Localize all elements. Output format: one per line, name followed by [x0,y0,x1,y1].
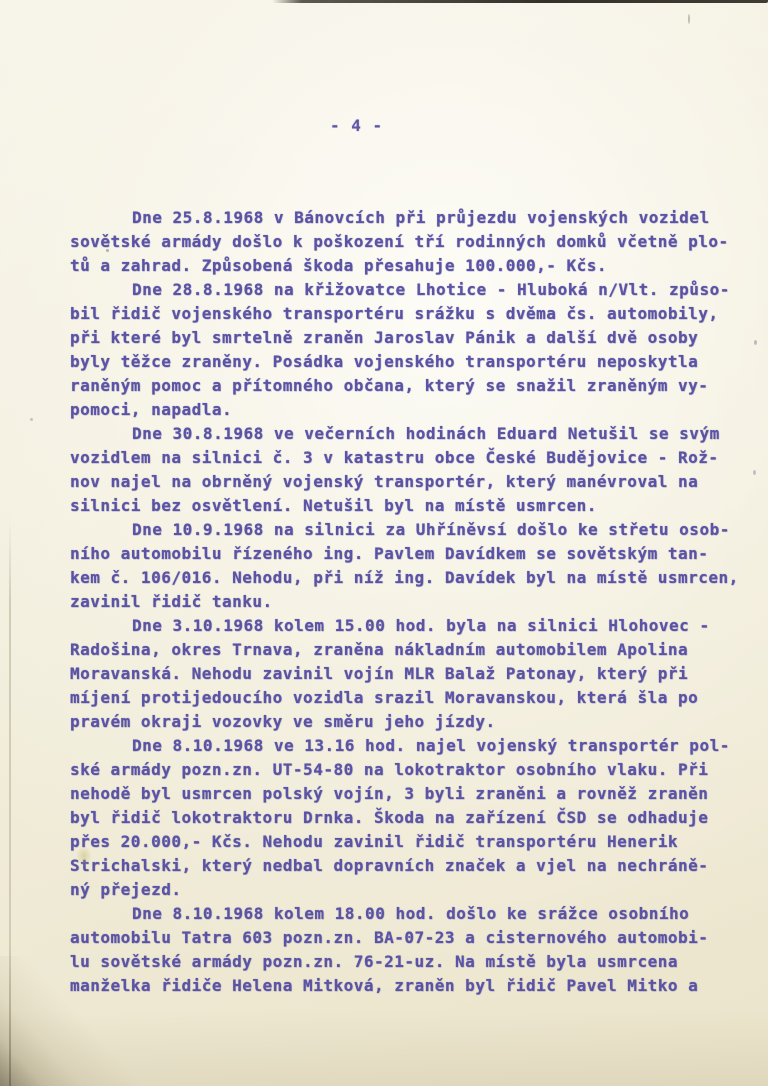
bottom-left-corner-shadow [0,956,160,1086]
text-line: kem č. 106/016. Nehodu, při níž ing. Dav… [70,566,760,590]
text-line: Dne 8.10.1968 ve 13.16 hod. najel vojens… [70,734,760,758]
text-line: Dne 28.8.1968 na křižovatce Lhotice - Hl… [70,278,760,302]
text-line: nehodě byl usmrcen polský vojín, 3 byli … [70,782,760,806]
text-line: přes 20.000,- Kčs. Nehodu zavinil řidič … [70,830,760,854]
text-line: Moravanská. Nehodu zavinil vojín MLR Bal… [70,662,760,686]
text-line: Strichalski, který nedbal dopravních zna… [70,854,760,878]
paper-speck [106,249,109,252]
text-line: ské armády pozn.zn. UT-54-80 na lokotrak… [70,758,760,782]
text-line: Dne 30.8.1968 ve večerních hodinách Edua… [70,422,760,446]
text-line: ný přejezd. [70,878,760,902]
paper-speck [754,340,757,345]
text-line: automobilu Tatra 603 pozn.zn. BA-07-23 a… [70,926,760,950]
document-page: - 4 - Dne 25.8.1968 v Bánovcích při průj… [0,0,768,1086]
scan-top-edge [272,0,768,3]
text-line: lu sovětské armády pozn.zn. 76-21-uz. Na… [70,950,760,974]
text-line: tů a zahrad. Způsobená škoda přesahuje 1… [70,254,760,278]
text-line: byl řidič lokotraktoru Drnka. Škoda na z… [70,806,760,830]
text-line: Dne 8.10.1968 kolem 18.00 hod. došlo ke … [70,902,760,926]
text-line: Dne 10.9.1968 na silnici za Uhříněvsí do… [70,518,760,542]
document-body: Dne 25.8.1968 v Bánovcích při průjezdu v… [70,206,760,998]
text-line: raněným pomoc a přítomného občana, který… [70,374,760,398]
text-line: Dne 25.8.1968 v Bánovcích při průjezdu v… [70,206,760,230]
paper-smudge [76,846,92,866]
text-line: nov najel na obrněný vojenský transporté… [70,470,760,494]
text-line: Radošina, okres Trnava, zraněna nákladní… [70,638,760,662]
text-line: ního automobilu řízeného ing. Pavlem Dav… [70,542,760,566]
text-line: zavinil řidič tanku. [70,590,760,614]
text-line: bil řidič vojenského transportéru srážku… [70,302,760,326]
text-line: pravém okraji vozovky ve směru jeho jízd… [70,710,760,734]
text-line: při které byl smrtelně zraněn Jaroslav P… [70,326,760,350]
page-number: - 4 - [330,116,383,135]
paper-speck [30,418,33,421]
text-line: manželka řidiče Helena Mitková, zraněn b… [70,974,760,998]
text-line: Dne 3.10.1968 kolem 15.00 hod. byla na s… [70,614,760,638]
text-line: pomoci, napadla. [70,398,760,422]
text-line: silnici bez osvětlení. Netušil byl na mí… [70,494,760,518]
text-line: míjení protijedoucího vozidla srazil Mor… [70,686,760,710]
left-edge-crease [9,520,11,1086]
text-line: sovětské armády došlo k poškození tří ro… [70,230,760,254]
text-line: byly těžce zraněny. Posádka vojenského t… [70,350,760,374]
text-line: vozidlem na silnici č. 3 v katastru obce… [70,446,760,470]
paper-speck [753,470,756,475]
paper-speck [688,14,690,24]
